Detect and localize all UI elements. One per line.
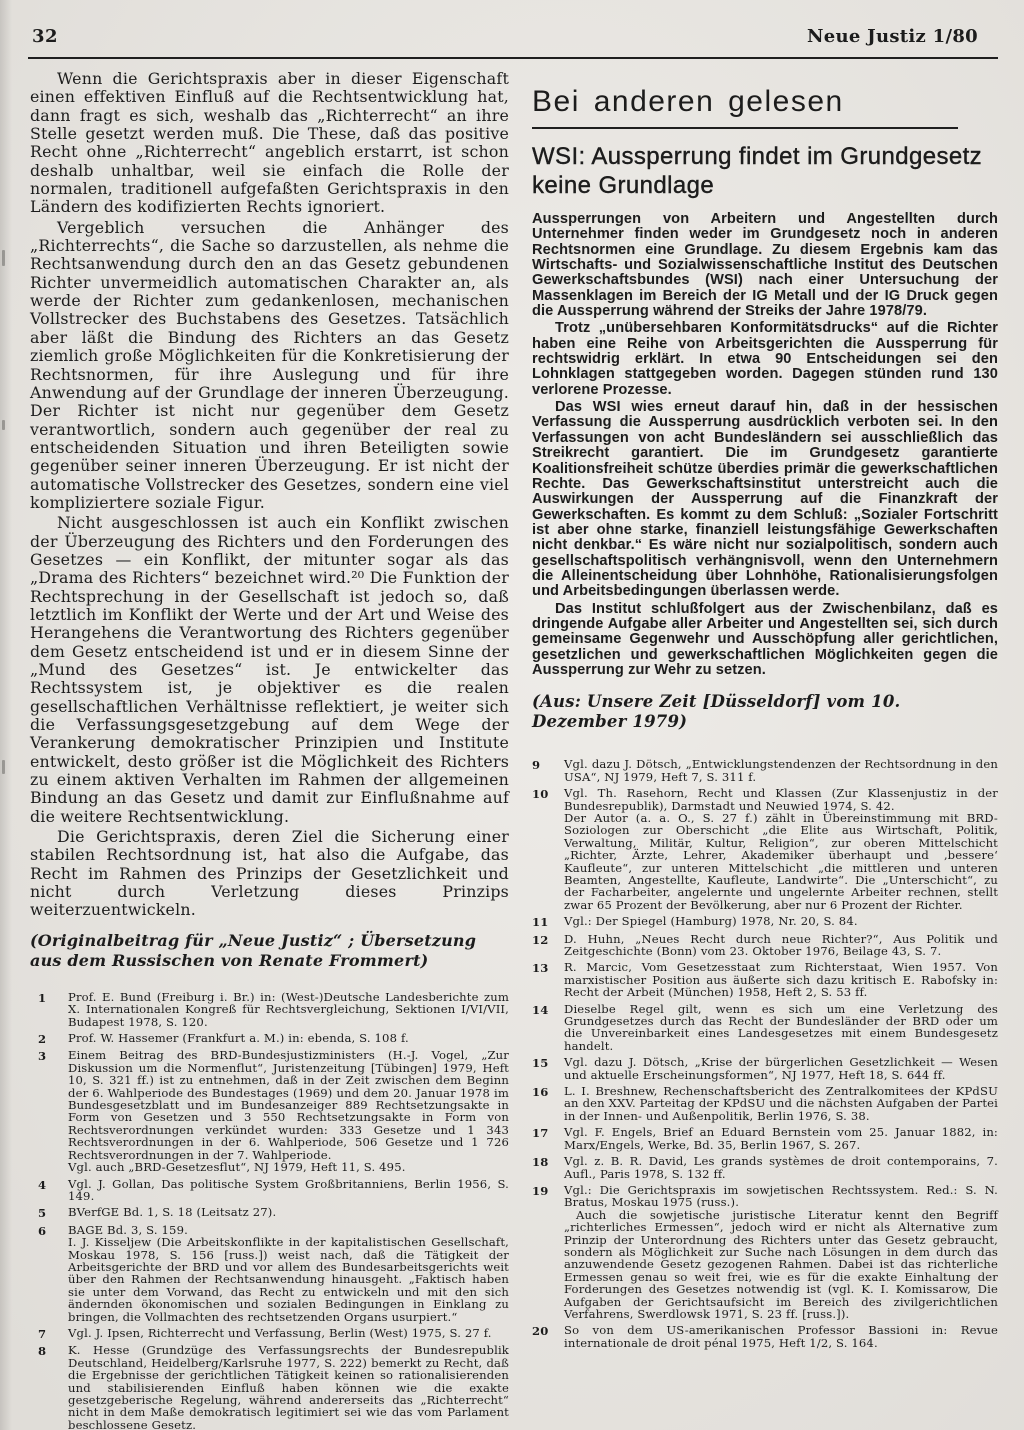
footnote: 4 Vgl. J. Gollan, Das politische System … — [30, 1178, 509, 1203]
footnote-paragraph: Vgl.: Der Spiegel (Hamburg) 1978, Nr. 20… — [564, 915, 998, 927]
article-paragraph: Das WSI wies erneut darauf hin, daß in d… — [532, 400, 998, 599]
footnote: 20 So von dem US-amerikanischen Professo… — [532, 1324, 998, 1349]
footnote-paragraph: Vgl.: Die Gerichtspraxis im sowjetischen… — [564, 1184, 998, 1209]
journal-page: 32 Neue Justiz 1/80 Wenn die Gerichtspra… — [0, 0, 1024, 1430]
footnote-paragraph: Vgl. auch „BRD-Gesetzesflut“, NJ 1979, H… — [68, 1161, 509, 1173]
footnote-paragraph: K. Hesse (Grundzüge des Verfassungsrecht… — [68, 1344, 509, 1430]
article-paragraph: Trotz „unübersehbaren Konformitätsdrucks… — [532, 321, 998, 398]
author-attribution: (Originalbeitrag für „Neue Justiz“ ; Übe… — [30, 931, 509, 971]
footnote-number: 16 — [532, 1085, 564, 1122]
footnote-paragraph: Vgl. J. Ipsen, Richterrecht und Verfassu… — [68, 1327, 509, 1339]
footnote-paragraph: Vgl. J. Gollan, Das politische System Gr… — [68, 1178, 509, 1203]
footnote-paragraph: L. I. Breshnew, Rechenschaftsbericht des… — [564, 1085, 998, 1122]
footnote: 1 Prof. E. Bund (Freiburg i. Br.) in: (W… — [30, 991, 509, 1028]
footnote: 15 Vgl. dazu J. Dötsch, „Krise der bürge… — [532, 1056, 998, 1081]
footnote-number: 20 — [532, 1324, 564, 1349]
footnote-number: 10 — [532, 787, 564, 911]
body-paragraph: Nicht ausgeschlossen ist auch ein Konfli… — [30, 514, 509, 826]
footnote-paragraph: D. Huhn, „Neues Recht durch neue Richter… — [564, 933, 998, 958]
footnote-number: 15 — [532, 1056, 564, 1081]
scan-artifact — [2, 250, 5, 266]
footnote-paragraph: Prof. E. Bund (Freiburg i. Br.) in: (Wes… — [68, 991, 509, 1028]
footnote: 6 BAGE Bd. 3, S. 159. I. J. Kisseljew (D… — [30, 1224, 509, 1323]
source-attribution: (Aus: Unsere Zeit [Düsseldorf] vom 10. D… — [532, 692, 998, 732]
footnotes-left: 1 Prof. E. Bund (Freiburg i. Br.) in: (W… — [30, 991, 509, 1430]
footnote-number: 5 — [38, 1206, 68, 1219]
scan-artifact — [2, 420, 5, 430]
section-header: Bei anderen gelesen — [532, 86, 998, 118]
footnote: 9 Vgl. dazu J. Dötsch, „Entwicklungstend… — [532, 758, 998, 783]
scan-artifact — [2, 760, 5, 774]
article-paragraph: Das Institut schlußfolgert aus der Zwisc… — [532, 602, 998, 679]
footnote: 3 Einem Beitrag des BRD-Bundesjustizmini… — [30, 1049, 509, 1173]
right-column: Bei anderen gelesen WSI: Aussperrung fin… — [532, 70, 998, 1353]
footnote-paragraph: Der Autor (a. a. O., S. 27 f.) zählt in … — [564, 812, 998, 911]
footnote-number: 9 — [532, 758, 564, 783]
footnote: 2 Prof. W. Hassemer (Frankfurt a. M.) in… — [30, 1032, 509, 1045]
footnote-number: 17 — [532, 1126, 564, 1151]
footnote-number: 2 — [38, 1032, 68, 1045]
footnote: 7 Vgl. J. Ipsen, Richterrecht und Verfas… — [30, 1327, 509, 1340]
footnote-number: 8 — [38, 1344, 68, 1430]
header-rule — [28, 57, 998, 59]
footnote-paragraph: Vgl. Th. Rasehorn, Recht und Klassen (Zu… — [564, 787, 998, 812]
page-number: 32 — [32, 26, 58, 47]
footnote-paragraph: R. Marcic, Vom Gesetzesstaat zum Richter… — [564, 961, 998, 998]
footnote: 19 Vgl.: Die Gerichtspraxis im sowjetisc… — [532, 1184, 998, 1320]
article-paragraph: Aussperrungen von Arbeitern und Angestel… — [532, 212, 998, 319]
footnote-paragraph: Vgl. dazu J. Dötsch, „Krise der bürgerli… — [564, 1056, 998, 1081]
footnote-paragraph: Prof. W. Hassemer (Frankfurt a. M.) in: … — [68, 1032, 509, 1044]
footnote-number: 14 — [532, 1003, 564, 1053]
footnote: 10 Vgl. Th. Rasehorn, Recht und Klassen … — [532, 787, 998, 911]
footnote: 16 L. I. Breshnew, Rechenschaftsbericht … — [532, 1085, 998, 1122]
footnote-number: 13 — [532, 961, 564, 998]
footnote-number: 6 — [38, 1224, 68, 1323]
footnote-paragraph: Vgl. F. Engels, Brief an Eduard Bernstei… — [564, 1126, 998, 1151]
footnote-paragraph: So von dem US-amerikanischen Professor B… — [564, 1324, 998, 1349]
scan-edge-shadow — [0, 0, 12, 1430]
footnote-number: 12 — [532, 933, 564, 958]
footnote-paragraph: Dieselbe Regel gilt, wenn es sich um ein… — [564, 1003, 998, 1053]
footnote-paragraph: Vgl. z. B. R. David, Les grands systèmes… — [564, 1155, 998, 1180]
footnote-paragraph: BVerfGE Bd. 1, S. 18 (Leitsatz 27). — [68, 1206, 509, 1218]
footnote-number: 3 — [38, 1049, 68, 1173]
footnote: 11 Vgl.: Der Spiegel (Hamburg) 1978, Nr.… — [532, 915, 998, 928]
article-body: Wenn die Gerichtspraxis aber in dieser E… — [30, 70, 509, 920]
footnote-number: 19 — [532, 1184, 564, 1320]
body-paragraph: Die Gerichtspraxis, deren Ziel die Siche… — [30, 828, 509, 920]
body-paragraph: Wenn die Gerichtspraxis aber in dieser E… — [30, 70, 509, 217]
footnote-paragraph: Einem Beitrag des BRD-Bundesjustizminist… — [68, 1049, 509, 1161]
footnote: 17 Vgl. F. Engels, Brief an Eduard Berns… — [532, 1126, 998, 1151]
left-column: Wenn die Gerichtspraxis aber in dieser E… — [30, 70, 509, 1430]
footnote: 5 BVerfGE Bd. 1, S. 18 (Leitsatz 27). — [30, 1206, 509, 1219]
footnote-number: 11 — [532, 915, 564, 928]
footnote-number: 7 — [38, 1327, 68, 1340]
journal-title: Neue Justiz 1/80 — [807, 26, 978, 47]
footnote: 8 K. Hesse (Grundzüge des Verfassungsrec… — [30, 1344, 509, 1430]
footnote-number: 1 — [38, 991, 68, 1028]
article-title: WSI: Aussperrung findet im Grundgesetz k… — [532, 142, 998, 200]
footnotes-right: 9 Vgl. dazu J. Dötsch, „Entwicklungstend… — [532, 758, 998, 1349]
footnote-paragraph: Auch die sowjetische juristische Literat… — [564, 1209, 998, 1321]
footnote-paragraph: Vgl. dazu J. Dötsch, „Entwicklungstenden… — [564, 758, 998, 783]
footnote: 18 Vgl. z. B. R. David, Les grands systè… — [532, 1155, 998, 1180]
footnote-number: 18 — [532, 1155, 564, 1180]
page-header: 32 Neue Justiz 1/80 — [30, 26, 978, 52]
footnote: 12 D. Huhn, „Neues Recht durch neue Rich… — [532, 933, 998, 958]
body-paragraph: Vergeblich versuchen die Anhänger des „R… — [30, 219, 509, 513]
reprint-body: Aussperrungen von Arbeitern und Angestel… — [532, 212, 998, 678]
footnote: 13 R. Marcic, Vom Gesetzesstaat zum Rich… — [532, 961, 998, 998]
section-rule — [532, 127, 958, 129]
footnote: 14 Dieselbe Regel gilt, wenn es sich um … — [532, 1003, 998, 1053]
footnote-number: 4 — [38, 1178, 68, 1203]
footnote-paragraph: I. J. Kisseljew (Die Arbeitskonflikte in… — [68, 1236, 509, 1323]
